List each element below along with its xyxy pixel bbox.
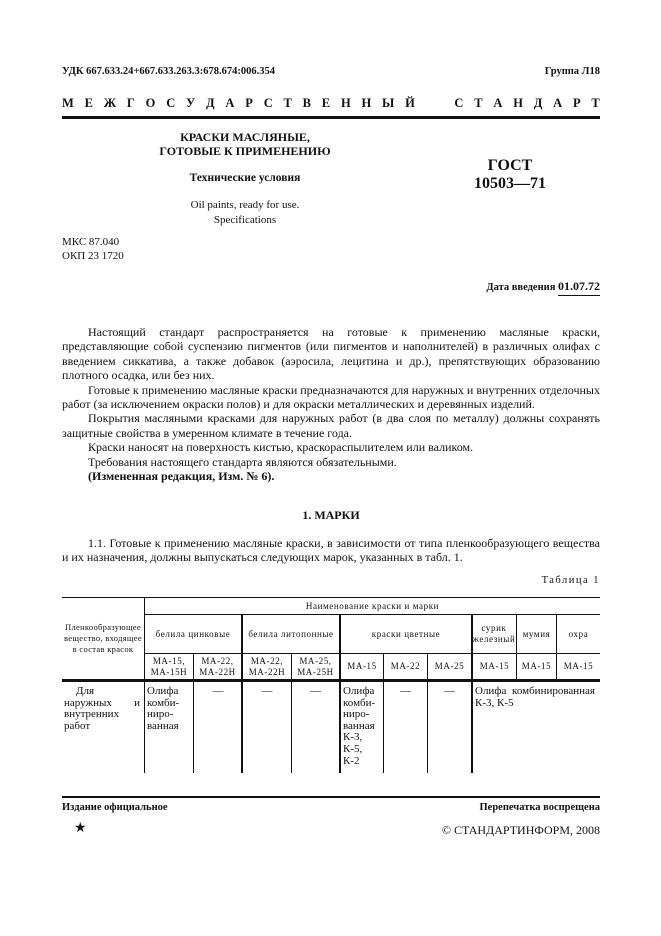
subgroup-ochre: охра [557,615,600,653]
row-cell: — [428,686,471,698]
intro-text: Настоящий стандарт распространяется на г… [62,325,600,483]
banner-letter: О [146,96,156,111]
subgroup-zinc-white: белила цинковые [145,615,241,653]
reprint-prohibited: Перепечатка воспрещена [480,802,600,813]
title-line-2: ГОТОВЫЕ К ПРИМЕНЕНИЮ [120,144,370,158]
amendment-note: (Измененная редакция, Изм. № 6). [62,469,600,483]
subgroup-lithopone-white: белила литопонные [243,615,339,653]
banner-letter: В [303,96,311,111]
english-title-line-1: Oil paints, ready for use. [120,198,370,213]
mark-cell: МА-15 [473,654,516,679]
row-cell: Олифа комби- ниро- ванная [147,686,187,732]
star-icon: ★ [74,820,87,837]
group-code: Группа Л18 [545,66,600,77]
mark-cell: МА-15 [517,654,556,679]
row-label: Для наружных и внутренних работ [64,686,140,732]
official-edition: Издание официальное [62,802,168,813]
brands-table: Пленкообразующее вещество, входящее в со… [62,597,600,773]
mark-cell: МА-15 [557,654,600,679]
mark-cell: МА-22, МА-22Н [194,654,241,679]
clause-1-1: 1.1. Готовые к применению масляные краск… [62,536,600,565]
row-cell: Олифа комби- ниро- ванная К-3, К-5, К-2 [343,686,381,767]
mark-cell: МА-25, МА-25Н [292,654,339,679]
banner-letter: Ы [382,96,394,111]
group-header: Наименование краски и марки [145,599,600,614]
paragraph: 1.1. Готовые к применению масляные краск… [62,536,600,565]
banner-letter: Н [361,96,371,111]
banner-letter: Д [534,96,543,111]
header-rule [62,116,600,119]
gost-number: 10503—71 [455,175,565,193]
banner-letter: С [454,96,463,111]
banner-letter: Т [474,96,482,111]
title-line-1: КРАСКИ МАСЛЯНЫЕ, [120,130,370,144]
banner-letter: Т [591,96,599,111]
row-cell: Олифа комбинированная К-3, К-5 [475,686,595,709]
row-cell: — [243,686,291,698]
banner-letter: Й [405,96,415,111]
footer-rule [62,796,600,798]
stub-header: Пленкообразующее вещество, входящее в со… [62,614,144,662]
udk-code: УДК 667.633.24+667.633.263.3:678.674:006… [62,66,275,77]
mark-cell: МА-15 [341,654,383,679]
document-subtitle: Технические условия [120,172,370,184]
mark-cell: МА-15, МА-15Н [145,654,193,679]
banner-letter: М [62,96,74,111]
banner-letter: С [166,96,175,111]
row-cell: — [195,686,241,698]
banner-letter: Е [85,96,93,111]
section-heading: 1. МАРКИ [62,508,600,523]
subgroup-mummy: мумия [517,615,556,653]
banner-letter: С [264,96,273,111]
banner-letter: А [493,96,502,111]
okp-code: ОКП 23 1720 [62,249,124,263]
banner-letter: Н [341,96,351,111]
mark-cell: МА-22 [384,654,427,679]
mark-cell: МА-25 [428,654,471,679]
banner-letter: Р [573,96,581,111]
paragraph: Покрытия масляными красками для наружных… [62,411,600,440]
english-title: Oil paints, ready for use. Specification… [120,198,370,228]
banner-letter: У [186,96,195,111]
effective-date-value: 01.07.72 [558,279,600,296]
interstate-standard-banner: МЕЖГОСУДАРСТВЕННЫЙСТАНДАРТ [62,96,600,111]
banner-letter [426,96,444,111]
document-title: КРАСКИ МАСЛЯНЫЕ, ГОТОВЫЕ К ПРИМЕНЕНИЮ [120,130,370,158]
paragraph: Требования настоящего стандарта являются… [62,455,600,469]
banner-letter: Н [513,96,523,111]
classification-codes: МКС 87.040 ОКП 23 1720 [62,235,124,263]
effective-date: Дата введения 01.07.72 [486,279,600,294]
banner-letter: Р [245,96,253,111]
effective-date-label: Дата введения [486,282,555,293]
copyright: © СТАНДАРТИНФОРМ, 2008 [442,823,600,838]
banner-letter: Е [322,96,330,111]
mark-cell: МА-22, МА-22Н [243,654,291,679]
english-title-line-2: Specifications [120,213,370,228]
gost-designation: ГОСТ 10503—71 [455,157,565,193]
banner-letter: Г [127,96,135,111]
row-cell: — [384,686,427,698]
banner-letter: Д [206,96,215,111]
banner-letter: Т [284,96,292,111]
subgroup-iron-minium: сурик железный [475,615,513,653]
row-cell: — [292,686,339,698]
table-caption: Таблица 1 [542,575,600,586]
paragraph: Краски наносят на поверхность кистью, кр… [62,440,600,454]
paragraph: Готовые к применению масляные краски пре… [62,383,600,412]
paragraph: Настоящий стандарт распространяется на г… [62,325,600,383]
gost-label: ГОСТ [455,157,565,175]
banner-letter: А [553,96,562,111]
subgroup-colored-paints: краски цветные [341,615,471,653]
mks-code: МКС 87.040 [62,235,124,249]
banner-letter: А [225,96,234,111]
banner-letter: Ж [104,96,116,111]
